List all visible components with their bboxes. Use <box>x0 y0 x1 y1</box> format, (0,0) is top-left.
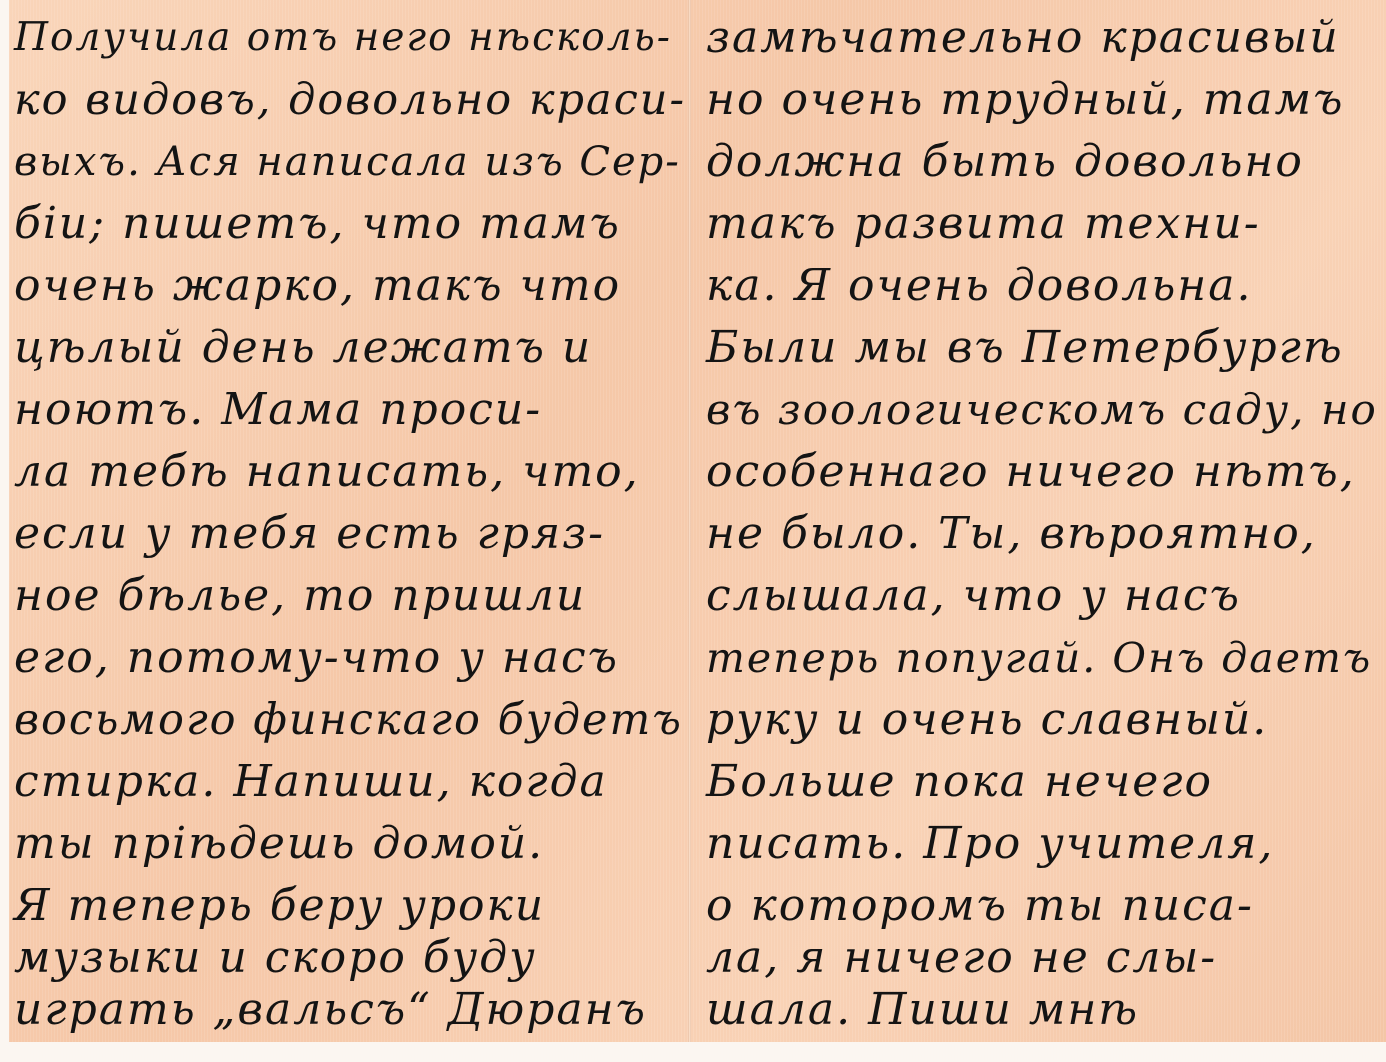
text-line: его, потому-что у насъ <box>14 628 619 688</box>
text-line: такъ развита техни- <box>706 194 1261 254</box>
text-line: играть „вальсъ“ Дюранъ <box>14 980 647 1040</box>
text-line: ноютъ. Мама проси- <box>14 380 542 440</box>
paper-fold-crease <box>688 0 691 1042</box>
text-line: ла тебѣ написать, что, <box>14 442 640 502</box>
text-line: ты пріѣдешь домой. <box>14 814 544 874</box>
text-line: очень жарко, такъ что <box>14 256 621 316</box>
text-line: Получила отъ него нѣсколь- <box>14 8 672 68</box>
text-line: ла, я ничего не слы- <box>706 928 1217 988</box>
text-line: не было. Ты, вѣроятно, <box>706 504 1317 564</box>
text-line: цѣлый день лежатъ и <box>14 318 592 378</box>
text-line: особеннаго ничего нѣтъ, <box>706 442 1356 502</box>
text-line: въ зоологическомъ саду, но <box>706 380 1378 440</box>
text-line: восьмого финскаго будетъ <box>14 690 683 750</box>
text-line: Я теперь беру уроки <box>14 876 545 936</box>
text-line: руку и очень славный. <box>706 690 1268 750</box>
text-line: музыки и скоро буду <box>14 928 537 988</box>
text-line: стирка. Напиши, когда <box>14 752 608 812</box>
text-line: ка. Я очень довольна. <box>706 256 1252 316</box>
text-line: но очень трудный, тамъ <box>706 70 1344 130</box>
text-line: замѣчательно красивый <box>706 8 1340 68</box>
text-line: должна быть довольно <box>706 132 1304 192</box>
text-line: слышала, что у насъ <box>706 566 1241 626</box>
text-line: ко видовъ, довольно краси- <box>14 70 686 130</box>
text-line: Больше пока нечего <box>706 752 1213 812</box>
text-line: Были мы въ Петербургѣ <box>706 318 1344 378</box>
text-line: писать. Про учителя, <box>706 814 1274 874</box>
text-line: ное бѣлье, то пришли <box>14 566 586 626</box>
text-line: о которомъ ты писа- <box>706 876 1254 936</box>
text-line: если у тебя есть гряз- <box>14 504 605 564</box>
text-line: выхъ. Ася написала изъ Сер- <box>14 132 681 192</box>
text-line: шала. Пиши мнѣ <box>706 980 1139 1040</box>
text-line: теперь попугай. Онъ даетъ <box>706 628 1372 688</box>
text-line: біи; пишетъ, что тамъ <box>14 194 621 254</box>
